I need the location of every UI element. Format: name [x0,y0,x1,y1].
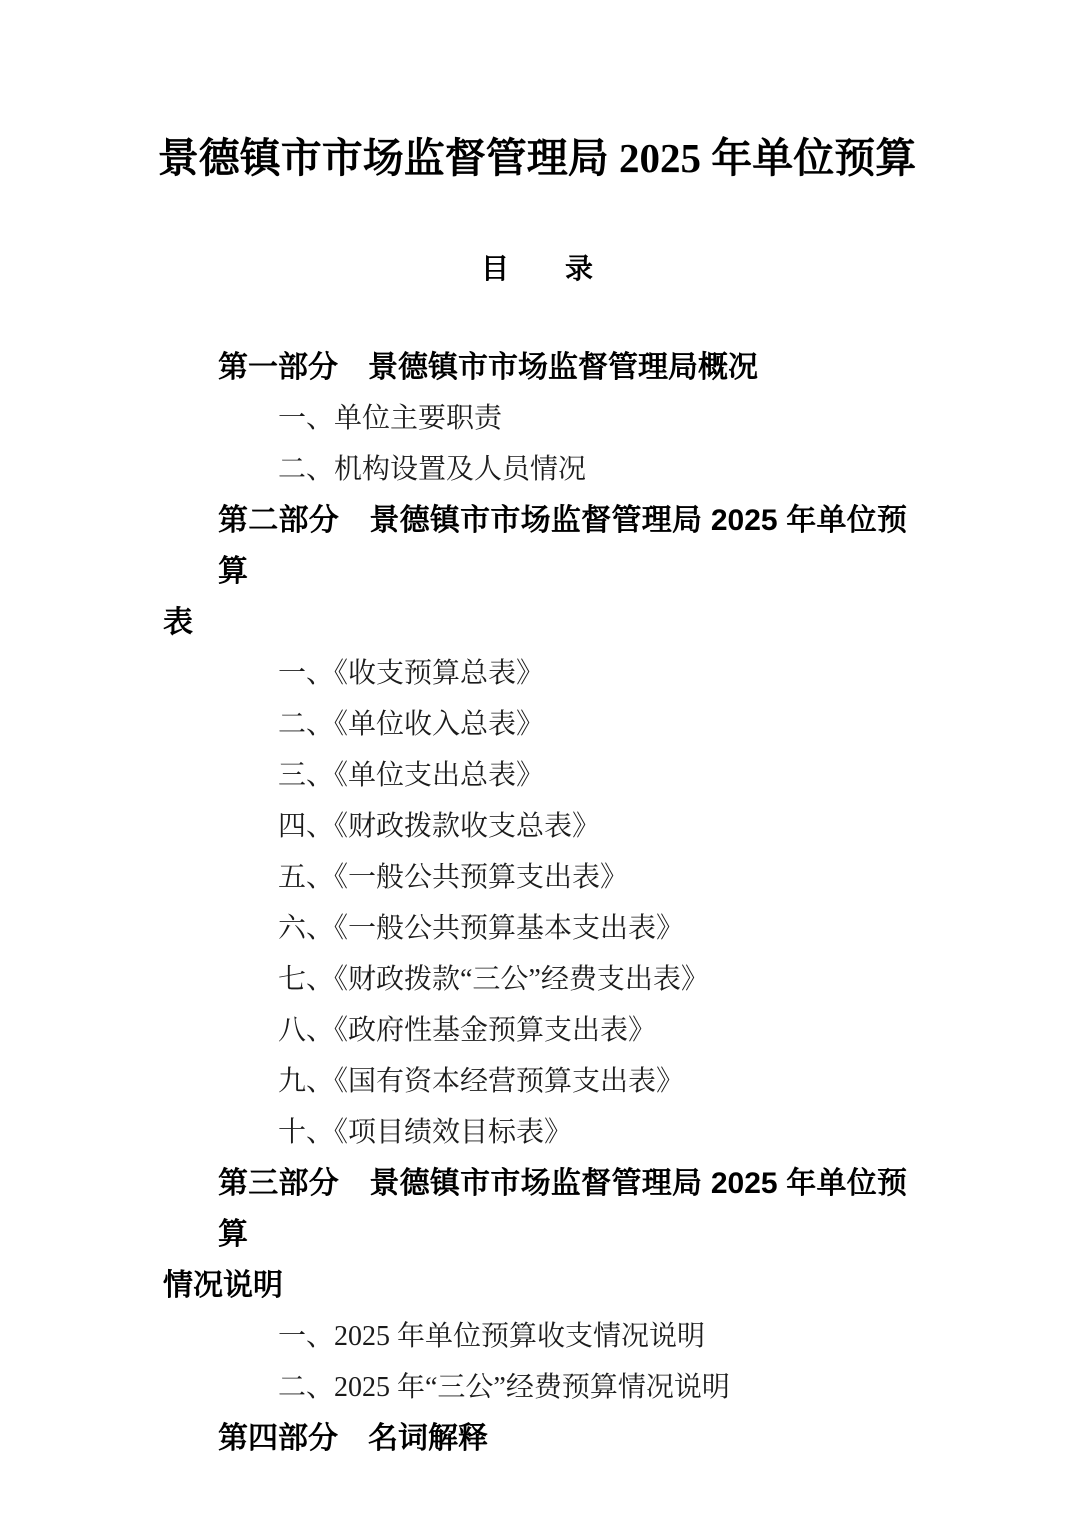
toc-item: 九、《国有资本经营预算支出表》 [163,1056,907,1107]
toc-item: 五、《一般公共预算支出表》 [163,852,907,903]
toc-part-heading: 第一部分 景德镇市市场监督管理局概况 [163,342,907,393]
toc-item: 十、《项目绩效目标表》 [163,1107,907,1158]
toc-part-heading: 第二部分 景德镇市市场监督管理局 2025 年单位预算 [163,495,907,597]
toc-part-heading: 情况说明 [163,1260,907,1311]
toc-item: 二、《单位收入总表》 [163,699,907,750]
document-page: 景德镇市市场监督管理局 2025 年单位预算 目 录 第一部分 景德镇市市场监督… [0,0,1074,1520]
toc-item: 六、《一般公共预算基本支出表》 [163,903,907,954]
toc-item: 二、机构设置及人员情况 [163,444,907,495]
toc-item: 四、《财政拨款收支总表》 [163,801,907,852]
toc-item: 八、《政府性基金预算支出表》 [163,1005,907,1056]
toc-item: 一、单位主要职责 [163,393,907,444]
toc-item: 七、《财政拨款“三公”经费支出表》 [163,954,907,1005]
toc-list: 第一部分 景德镇市市场监督管理局概况一、单位主要职责二、机构设置及人员情况第二部… [0,342,1074,1464]
document-title: 景德镇市市场监督管理局 2025 年单位预算 [0,0,1074,183]
toc-heading: 目 录 [0,249,1074,289]
toc-part-heading: 第四部分 名词解释 [163,1413,907,1464]
toc-part-heading: 表 [163,597,907,648]
toc-item: 一、2025 年单位预算收支情况说明 [163,1311,907,1362]
toc-item: 三、《单位支出总表》 [163,750,907,801]
toc-item: 一、《收支预算总表》 [163,648,907,699]
toc-part-heading: 第三部分 景德镇市市场监督管理局 2025 年单位预算 [163,1158,907,1260]
toc-item: 二、2025 年“三公”经费预算情况说明 [163,1362,907,1413]
